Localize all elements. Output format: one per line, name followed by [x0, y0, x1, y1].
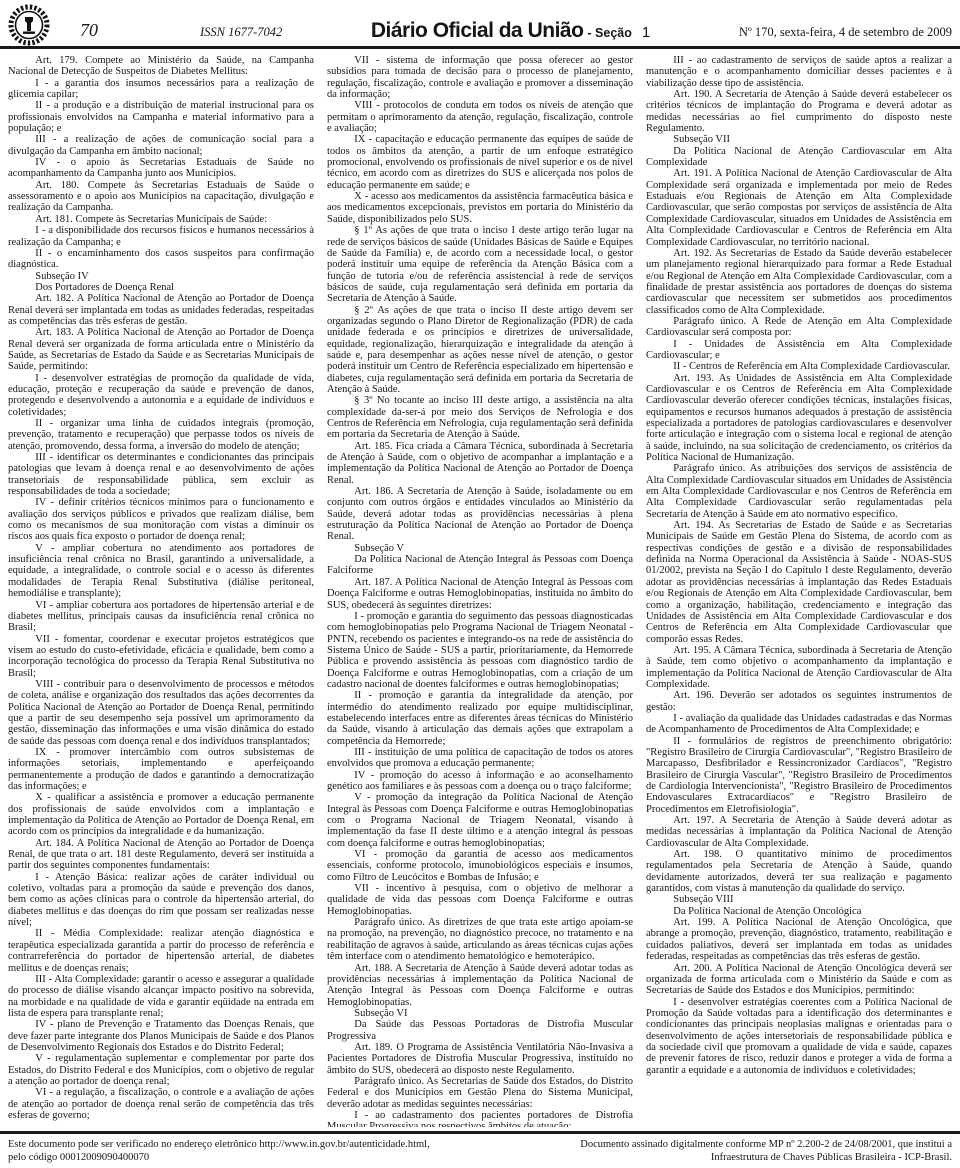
paragraph: II - Média Complexidade: realizar atençã…: [8, 928, 314, 973]
paragraph: Art. 187. A Política Nacional de Atenção…: [327, 577, 633, 611]
paragraph: IV - definir critérios técnicos mínimos …: [8, 497, 314, 542]
paragraph: Parágrafo único. A Rede de Atenção em Al…: [646, 316, 952, 339]
column-2: VII - sistema de informação que possa of…: [327, 55, 633, 1127]
paragraph: X - qualificar a assistência e promover …: [8, 792, 314, 837]
signature-note: Documento assinado digitalmente conforme…: [580, 1139, 952, 1164]
paragraph: X - acesso aos medicamentos da assistênc…: [327, 191, 633, 225]
paragraph: II - Centros de Referência em Alta Compl…: [646, 361, 952, 372]
verification-note: Este documento pode ser verificado no en…: [8, 1139, 430, 1164]
paragraph: I - desenvolver estratégias de promoção …: [8, 373, 314, 418]
edition-date: Nº 170, sexta-feira, 4 de setembro de 20…: [739, 25, 952, 40]
paragraph: Da Saúde das Pessoas Portadoras de Distr…: [327, 1019, 633, 1042]
paragraph: Art. 183. A Política Nacional de Atenção…: [8, 327, 314, 372]
header-rule: [0, 46, 960, 49]
paragraph: Subseção IV: [8, 271, 314, 282]
issn-label: ISSN 1677-7042: [200, 25, 282, 40]
paragraph: II - a produção e a distribuição de mate…: [8, 100, 314, 134]
paragraph: V - ampliar cobertura no atendimento aos…: [8, 543, 314, 600]
paragraph: I - promoção e garantia do seguimento da…: [327, 611, 633, 690]
signature-line2: Infraestrutura de Chaves Públicas Brasil…: [580, 1152, 952, 1165]
paragraph: § 3º No tocante ao inciso III deste arti…: [327, 395, 633, 440]
gazette-title-main: Diário Oficial da União: [371, 19, 584, 42]
paragraph: I - Unidades de Assistência em Alta Comp…: [646, 339, 952, 362]
paragraph: Da Política Nacional de Atenção Integral…: [327, 554, 633, 577]
paragraph: VIII - contribuir para o desenvolvimento…: [8, 679, 314, 747]
paragraph: Da Política Nacional de Atenção Oncológi…: [646, 906, 952, 917]
verification-line1: Este documento pode ser verificado no en…: [8, 1139, 430, 1152]
paragraph: VI - a regulação, a fiscalização, o cont…: [8, 1087, 314, 1121]
paragraph: Art. 193. As Unidades de Assistência em …: [646, 373, 952, 464]
text-columns: Art. 179. Compete ao Ministério da Saúde…: [8, 55, 952, 1127]
paragraph: Art. 180. Compete às Secretarias Estadua…: [8, 180, 314, 214]
signature-line1: Documento assinado digitalmente conforme…: [580, 1139, 952, 1152]
paragraph: Art. 190. A Secretaria de Atenção à Saúd…: [646, 89, 952, 134]
paragraph: III - identificar os determinantes e con…: [8, 452, 314, 497]
paragraph: VI - promoção da garantia de acesso aos …: [327, 849, 633, 883]
paragraph: Art. 196. Deverão ser adotados os seguin…: [646, 690, 952, 713]
paragraph: III - instituição de uma política de cap…: [327, 747, 633, 770]
paragraph: § 2º As ações de que trata o inciso II d…: [327, 305, 633, 396]
paragraph: III - a realização de ações de comunicaç…: [8, 134, 314, 157]
paragraph: Art. 194. As Secretarias de Estado de Sa…: [646, 520, 952, 645]
paragraph: Art. 189. O Programa de Assistência Vent…: [327, 1042, 633, 1076]
paragraph: Art. 181. Compete às Secretarias Municip…: [8, 214, 314, 225]
paragraph: I - ao cadastramento dos pacientes porta…: [327, 1110, 633, 1127]
paragraph: VII - sistema de informação que possa of…: [327, 55, 633, 100]
paragraph: V - promoção da integração da Política N…: [327, 792, 633, 849]
page-header: 70 ISSN 1677-7042 Diário Oficial da Uniã…: [0, 0, 960, 46]
paragraph: Da Política Nacional de Atenção Cardiova…: [646, 146, 952, 169]
gazette-title: Diário Oficial da União - Seção 1: [282, 19, 739, 43]
paragraph: IX - promover intercâmbio com outros sub…: [8, 747, 314, 792]
paragraph: I - a disponibilidade dos recursos físic…: [8, 225, 314, 248]
footer-rule: [0, 1131, 960, 1134]
gazette-section-label: - Seção: [587, 26, 631, 40]
paragraph: VII - incentivo à pesquisa, com o objeti…: [327, 883, 633, 917]
paragraph: I - a garantia dos insumos necessários p…: [8, 78, 314, 101]
paragraph: Art. 186. A Secretaria de Atenção à Saúd…: [327, 486, 633, 543]
paragraph: Art. 199. A Política Nacional de Atenção…: [646, 917, 952, 962]
gazette-section-number: 1: [642, 24, 650, 41]
paragraph: VII - fomentar, coordenar e executar pro…: [8, 634, 314, 679]
paragraph: Art. 198. O quantitativo mínimo de proce…: [646, 849, 952, 894]
paragraph: Subseção VIII: [646, 894, 952, 905]
paragraph: IV - o apoio às Secretarias Estaduais de…: [8, 157, 314, 180]
paragraph: III - ao cadastramento de serviços de sa…: [646, 55, 952, 89]
paragraph: Art. 191. A Política Nacional de Atenção…: [646, 168, 952, 247]
paragraph: § 1º As ações de que trata o inciso I de…: [327, 225, 633, 304]
paragraph: IV - promoção do acesso à informação e a…: [327, 770, 633, 793]
paragraph: I - Atenção Básica: realizar ações de ca…: [8, 872, 314, 929]
paragraph: Art. 188. A Secretaria de Atenção à Saúd…: [327, 963, 633, 1008]
paragraph: III - Alta Complexidade: garantir o aces…: [8, 974, 314, 1019]
paragraph: Subseção V: [327, 543, 633, 554]
paragraph: Subseção VI: [327, 1008, 633, 1019]
paragraph: VIII - protocolos de conduta em todos os…: [327, 100, 633, 134]
paragraph: IX - capacitação e educação permanente d…: [327, 134, 633, 191]
paragraph: I - avaliação da qualidade das Unidades …: [646, 713, 952, 736]
paragraph: Art. 200. A Política Nacional de Atenção…: [646, 963, 952, 997]
imprensa-nacional-logo-icon: [8, 2, 54, 47]
paragraph: II - promoção e garantia da integralidad…: [327, 690, 633, 747]
paragraph: VI - ampliar cobertura aos portadores de…: [8, 600, 314, 634]
paragraph: V - regulamentação suplementar e complem…: [8, 1053, 314, 1087]
paragraph: II - formulários de registros de preench…: [646, 736, 952, 815]
verification-line2: pelo código 00012009090400070: [8, 1152, 430, 1165]
gazette-page: 70 ISSN 1677-7042 Diário Oficial da Uniã…: [0, 0, 960, 1168]
paragraph: Art. 197. A Secretaria de Atenção à Saúd…: [646, 815, 952, 849]
paragraph: IV - plano de Prevenção e Tratamento das…: [8, 1019, 314, 1053]
paragraph: Parágrafo único. As Secretarias de Saúde…: [327, 1076, 633, 1110]
paragraph: Parágrafo único. As atribuições dos serv…: [646, 463, 952, 520]
paragraph: Art. 185. Fica criada a Câmara Técnica, …: [327, 441, 633, 486]
page-footer: Este documento pode ser verificado no en…: [8, 1139, 952, 1164]
paragraph: Parágrafo único. As diretrizes de que tr…: [327, 917, 633, 962]
paragraph: Art. 182. A Política Nacional de Atenção…: [8, 293, 314, 327]
paragraph: II - o encaminhamento dos casos suspeito…: [8, 248, 314, 271]
paragraph: II - organizar uma linha de cuidados int…: [8, 418, 314, 452]
paragraph: Subseção VII: [646, 134, 952, 145]
paragraph: Art. 179. Compete ao Ministério da Saúde…: [8, 55, 314, 78]
page-number: 70: [80, 20, 98, 41]
paragraph: Art. 195. A Câmara Técnica, subordinada …: [646, 645, 952, 690]
column-3: III - ao cadastramento de serviços de sa…: [646, 55, 952, 1127]
paragraph: Art. 184. A Política Nacional de Atenção…: [8, 838, 314, 872]
paragraph: Art. 192. As Secretarias de Estado da Sa…: [646, 248, 952, 316]
paragraph: I - desenvolver estratégias coerentes co…: [646, 997, 952, 1076]
column-1: Art. 179. Compete ao Ministério da Saúde…: [8, 55, 314, 1127]
paragraph: Dos Portadores de Doença Renal: [8, 282, 314, 293]
